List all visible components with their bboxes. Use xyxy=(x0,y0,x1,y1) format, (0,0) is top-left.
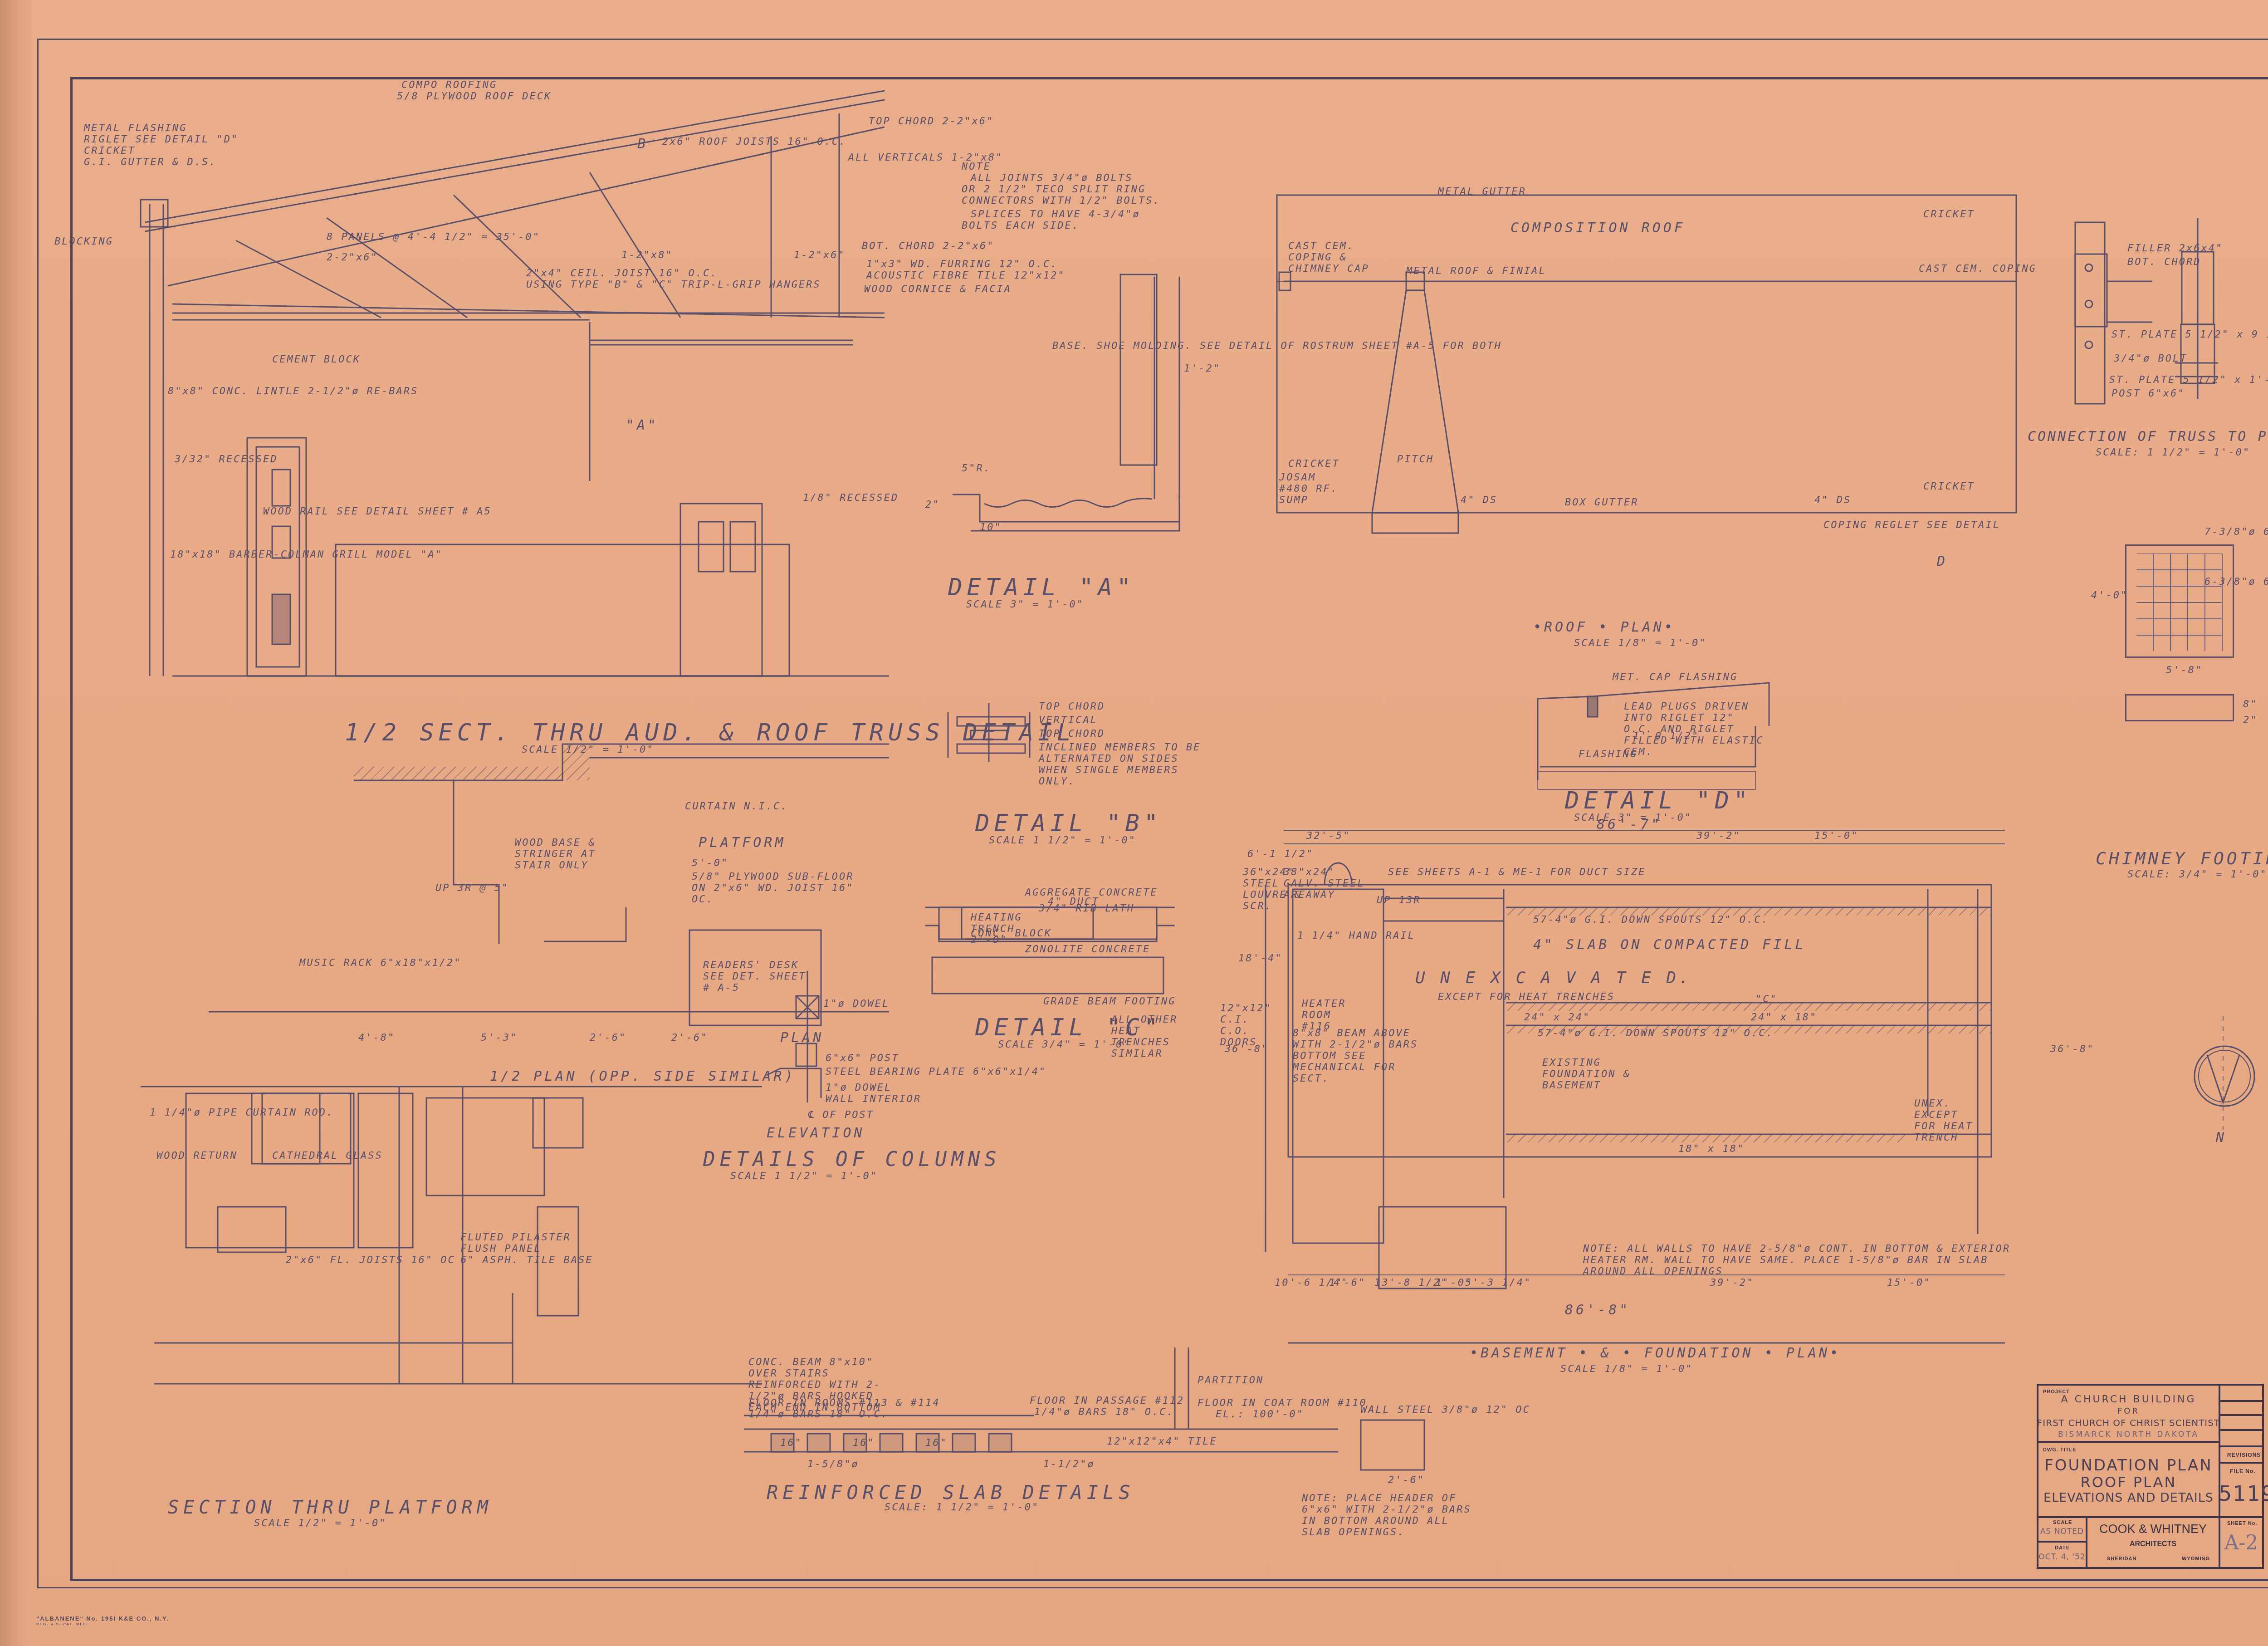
dwg-title-line-3: ELEVATIONS AND DETAILS xyxy=(2037,1491,2220,1505)
dwg-title-line-2: ROOF PLAN xyxy=(2037,1474,2220,1491)
revision-row xyxy=(2219,1429,2264,1447)
firm-name: COOK & WHITNEY xyxy=(2086,1522,2220,1536)
firm-state: WYOMING xyxy=(2182,1556,2210,1562)
firm-subtitle: ARCHITECTS xyxy=(2086,1540,2220,1548)
sheet-no-value: A-2 xyxy=(2219,1531,2264,1554)
project-line-2: FOR xyxy=(2037,1406,2220,1416)
date-label: DATE xyxy=(2055,1545,2070,1551)
revision-row xyxy=(2219,1400,2264,1416)
scale-value: AS NOTED xyxy=(2037,1527,2087,1536)
north-label: N xyxy=(2216,1130,2227,1146)
north-arrow-icon xyxy=(0,0,2268,1646)
date-value: OCT. 4, '52 xyxy=(2037,1553,2087,1562)
file-no-value: 5119 xyxy=(2219,1481,2264,1506)
revision-row xyxy=(2219,1414,2264,1431)
project-line-3: FIRST CHURCH OF CHRIST SCIENTIST xyxy=(2037,1417,2220,1428)
dwg-title-line-1: FOUNDATION PLAN xyxy=(2037,1456,2220,1475)
paper-manufacturer-stamp: "ALBANENE" No. 195I K&E CO., N.Y. REG. U… xyxy=(36,1615,169,1626)
project-line-1: A CHURCH BUILDING xyxy=(2037,1394,2220,1405)
scale-label: SCALE xyxy=(2053,1520,2072,1525)
stamp-subtext: REG. U.S. PAT. OFF. xyxy=(36,1622,169,1626)
file-no-label: FILE No. xyxy=(2230,1468,2256,1475)
sheet-no-label: SHEET No. xyxy=(2227,1521,2257,1526)
dwg-title-label: DWG. TITLE xyxy=(2043,1447,2077,1453)
project-line-4: BISMARCK NORTH DAKOTA xyxy=(2037,1430,2220,1439)
stamp-text: "ALBANENE" No. 195I K&E CO., N.Y. xyxy=(36,1615,169,1622)
revision-row xyxy=(2219,1384,2264,1402)
title-block: PROJECT A CHURCH BUILDING FOR FIRST CHUR… xyxy=(2037,1384,2268,1574)
firm-city: SHERIDAN xyxy=(2107,1556,2136,1562)
blueprint-sheet: COMPO ROOFING 5/8 PLYWOOD ROOF DECK META… xyxy=(0,0,2268,1646)
revisions-label: REVISIONS xyxy=(2227,1452,2261,1458)
